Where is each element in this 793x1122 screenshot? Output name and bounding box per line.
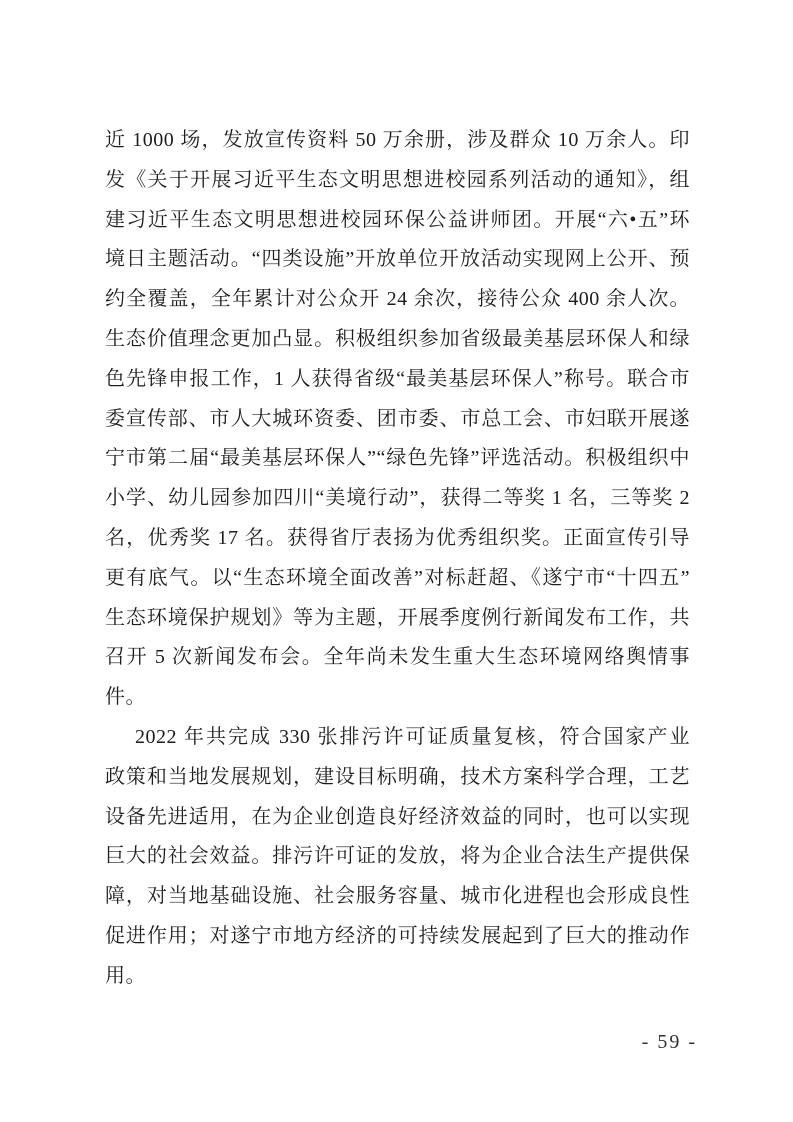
- text-line: 发《关于开展习近平生态文明思想进校园系列活动的通知》，组: [105, 161, 690, 201]
- text-line: 约全覆盖，全年累计对公众开 24 余次，接待公众 400 余人次。: [105, 280, 690, 320]
- text-line: 促进作用；对遂宁市地方经济的可持续发展起到了巨大的推动作: [105, 917, 690, 957]
- document-page: 近 1000 场，发放宣传资料 50 万余册，涉及群众 10 万余人。印 发《关…: [0, 0, 793, 1122]
- page-number: - 59 -: [642, 1030, 697, 1054]
- text-line: 建习近平生态文明思想进校园环保公益讲师团。开展“六•五”环: [105, 201, 690, 241]
- paragraph: 2022 年共完成 330 张排污许可证质量复核，符合国家产业 政策和当地发展规…: [105, 718, 690, 997]
- text-line: 小学、幼儿园参加四川“美境行动”，获得二等奖 1 名，三等奖 2: [105, 479, 690, 519]
- text-line: 更有底气。以“生态环境全面改善”对标赶超、《遂宁市“十四五”: [105, 559, 690, 599]
- text-line: 召开 5 次新闻发布会。全年尚未发生重大生态环境网络舆情事: [105, 638, 690, 678]
- text-line: 生态价值理念更加凸显。积极组织参加省级最美基层环保人和绿: [105, 320, 690, 360]
- text-line: 巨大的社会效益。排污许可证的发放，将为企业合法生产提供保: [105, 837, 690, 877]
- text-line: 件。: [105, 678, 690, 718]
- text-line: 2022 年共完成 330 张排污许可证质量复核，符合国家产业: [105, 718, 690, 758]
- text-line: 色先锋申报工作，1 人获得省级“最美基层环保人”称号。联合市: [105, 360, 690, 400]
- text-line: 委宣传部、市人大城环资委、团市委、市总工会、市妇联开展遂: [105, 400, 690, 440]
- text-line: 宁市第二届“最美基层环保人”“绿色先锋”评选活动。积极组织中: [105, 439, 690, 479]
- text-line: 生态环境保护规划》等为主题，开展季度例行新闻发布工作，共: [105, 599, 690, 639]
- text-line: 设备先进适用，在为企业创造良好经济效益的同时，也可以实现: [105, 798, 690, 838]
- text-line: 近 1000 场，发放宣传资料 50 万余册，涉及群众 10 万余人。印: [105, 121, 690, 161]
- text-line: 名，优秀奖 17 名。获得省厅表扬为优秀组织奖。正面宣传引导: [105, 519, 690, 559]
- text-line: 境日主题活动。“四类设施”开放单位开放活动实现网上公开、预: [105, 240, 690, 280]
- text-line: 用。: [105, 957, 690, 997]
- paragraph: 近 1000 场，发放宣传资料 50 万余册，涉及群众 10 万余人。印 发《关…: [105, 121, 690, 718]
- document-body: 近 1000 场，发放宣传资料 50 万余册，涉及群众 10 万余人。印 发《关…: [105, 121, 690, 997]
- text-line: 政策和当地发展规划，建设目标明确，技术方案科学合理，工艺: [105, 758, 690, 798]
- text-line: 障，对当地基础设施、社会服务容量、城市化进程也会形成良性: [105, 877, 690, 917]
